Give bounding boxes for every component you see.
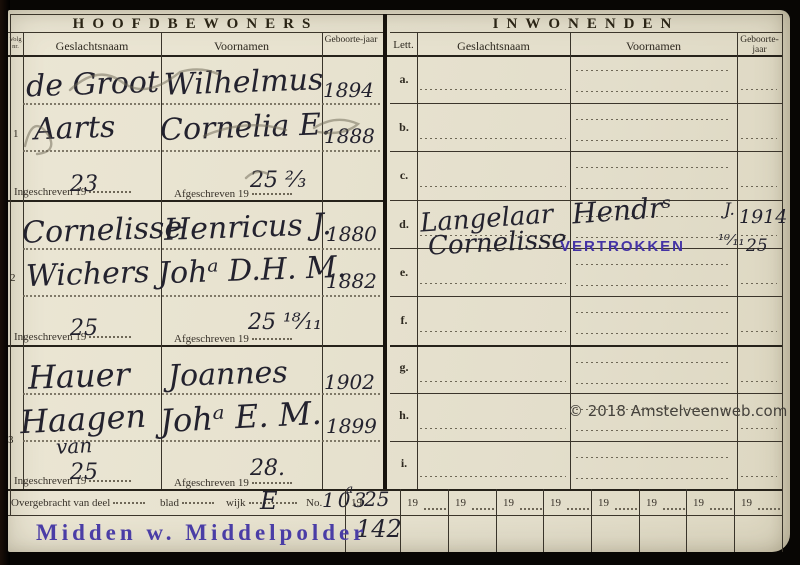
firstnames-entry: Johᵃ D.H. M. bbox=[157, 250, 346, 292]
ingeschreven-year: 23 bbox=[70, 172, 98, 197]
year-cell: 19 bbox=[734, 489, 783, 552]
vertrokken-date-year: 25 bbox=[746, 236, 768, 256]
birthyear-entry: 1880 bbox=[326, 222, 377, 246]
dotted-blank bbox=[252, 337, 292, 340]
surname-entry: Wichers bbox=[25, 255, 150, 294]
firstnames-entry: Wilhelmus bbox=[163, 62, 323, 103]
birthyear-entry: 1894 bbox=[323, 78, 374, 102]
inwonenden-row-f bbox=[390, 296, 782, 345]
dotted-blank bbox=[424, 507, 446, 510]
firstnames-entry: Cornelia E. bbox=[159, 107, 331, 148]
vertrokken-stamp: VERTROKKEN bbox=[560, 238, 685, 255]
right-section-title: INWONENDEN bbox=[390, 16, 782, 33]
firstnames-entry: Henricus J. bbox=[163, 207, 332, 248]
afgeschreven-year: 25 ²⁄₃ bbox=[250, 168, 306, 193]
row-letter-a: a. bbox=[392, 72, 416, 87]
row-letter-c: c. bbox=[392, 168, 416, 183]
year-cell: 19 bbox=[639, 489, 687, 552]
surname-entry: Aarts bbox=[33, 110, 116, 148]
inwonende-year-prefix: J. bbox=[724, 200, 735, 220]
afgeschreven-label-text: Afgeschreven 19 bbox=[174, 188, 249, 200]
inwonenden-row-g bbox=[390, 345, 782, 395]
dotted-blank bbox=[252, 481, 292, 484]
row-letter-d: d. bbox=[392, 217, 416, 232]
register-card-photo: HOOFDBEWONERS INWONENDEN Volg nr. Geslac… bbox=[0, 0, 800, 565]
surname-entry: de Groot bbox=[25, 65, 159, 105]
afgeschreven-year: 25 ¹⁸⁄₁₁ bbox=[248, 310, 322, 335]
block-number-2: 2 bbox=[10, 272, 16, 284]
row-letter-f: f. bbox=[392, 313, 416, 328]
year-cell-label: 19 bbox=[693, 497, 704, 509]
dotted-blank bbox=[710, 507, 732, 510]
dotted-blank bbox=[472, 507, 494, 510]
write-line bbox=[23, 295, 380, 297]
year-cell-label: 19 bbox=[550, 497, 561, 509]
birthyear-entry: 1882 bbox=[326, 269, 377, 293]
ingeschreven-year: 25 bbox=[70, 316, 98, 341]
rule bbox=[782, 14, 783, 552]
row-letter-b: b. bbox=[392, 120, 416, 135]
overgebracht-label: Overgebracht van deel bbox=[11, 497, 145, 509]
dotted-blank bbox=[182, 501, 214, 504]
center-divider bbox=[383, 14, 387, 489]
rule bbox=[8, 345, 383, 347]
inwonende-firstnames: Hendrˢ bbox=[571, 191, 673, 231]
birthyear-entry: 1902 bbox=[324, 370, 375, 394]
year-cell-label: 19 bbox=[455, 497, 466, 509]
wijk-value: E bbox=[260, 487, 278, 515]
afgeschreven-year: 28. bbox=[250, 456, 285, 481]
row-letter-e: e. bbox=[392, 265, 416, 280]
year-cell: 19 bbox=[543, 489, 592, 552]
year-cell-label: 19 bbox=[598, 497, 609, 509]
column-header-firstnames: Voornamen bbox=[161, 39, 322, 54]
column-header-birthyear: Geboorte-jaar bbox=[322, 35, 380, 45]
year-cell: 19 bbox=[400, 489, 449, 552]
wijk-label-text: wijk bbox=[226, 497, 246, 509]
year-cell: 19 bbox=[448, 489, 497, 552]
year-cell-label: 19 bbox=[407, 497, 418, 509]
column-header-surname: Geslachtsnaam bbox=[23, 39, 161, 54]
row-letter-i: i. bbox=[392, 456, 416, 471]
vertrokken-date-fraction: ¹⁰⁄₁₁ bbox=[718, 231, 745, 249]
year-cell-label: 19 bbox=[351, 497, 362, 509]
inwonenden-row-b bbox=[390, 103, 782, 152]
current-year-value: 25 bbox=[364, 487, 389, 511]
row-letter-h: h. bbox=[392, 408, 416, 423]
inwonenden-row-i bbox=[390, 441, 782, 490]
year-cell-label: 19 bbox=[646, 497, 657, 509]
overgebracht-label-text: Overgebracht van deel bbox=[11, 497, 110, 509]
surname-entry: Hauer bbox=[27, 355, 130, 397]
year-cell-label: 19 bbox=[741, 497, 752, 509]
dotted-blank bbox=[615, 507, 637, 510]
write-line bbox=[23, 103, 380, 105]
column-header-lett: Lett. bbox=[390, 39, 417, 51]
column-header-firstnames-right: Voornamen bbox=[570, 39, 737, 54]
block-number-3: 3 bbox=[8, 434, 14, 446]
dotted-blank bbox=[113, 501, 145, 504]
column-header-birthyear-right: Geboorte-jaar bbox=[737, 35, 782, 55]
surname-entry: Cornelisse bbox=[21, 210, 182, 251]
left-section-title: HOOFDBEWONERS bbox=[8, 16, 383, 33]
block-number-1: 1 bbox=[13, 128, 19, 140]
afgeschreven-label-text: Afgeschreven 19 bbox=[174, 333, 249, 345]
register-card: HOOFDBEWONERS INWONENDEN Volg nr. Geslac… bbox=[8, 10, 790, 552]
column-header-volgnr: Volg nr. bbox=[8, 36, 23, 50]
rule bbox=[10, 14, 782, 15]
blad-label-text: blad bbox=[160, 497, 179, 509]
year-cell: 19 bbox=[496, 489, 544, 552]
rule bbox=[8, 200, 383, 202]
firstnames-entry: Johᵃ E. M. bbox=[159, 394, 322, 440]
ingeschreven-year: 25 bbox=[70, 460, 98, 485]
firstnames-entry: Joannes bbox=[167, 355, 288, 394]
dotted-blank bbox=[520, 507, 542, 510]
write-line bbox=[23, 150, 380, 152]
inwonende-birthyear: 1914 bbox=[739, 206, 787, 228]
dotted-blank bbox=[758, 507, 780, 510]
year-cell: 19 bbox=[591, 489, 640, 552]
column-header-surname-right: Geslachtsnaam bbox=[417, 39, 570, 54]
inwonenden-row-a bbox=[390, 55, 782, 103]
year-cell-label: 19 bbox=[503, 497, 514, 509]
copyright-watermark: © 2018 Amstelveenweb.com bbox=[568, 402, 787, 420]
birthyear-entry: 1888 bbox=[324, 124, 375, 148]
birthyear-entry: 1899 bbox=[326, 414, 377, 438]
no-label: No. bbox=[306, 497, 322, 509]
year-cell: 19 bbox=[686, 489, 735, 552]
address-stamp: Midden w. Middelpolder bbox=[36, 520, 367, 546]
dotted-blank bbox=[567, 507, 589, 510]
blad-label: blad bbox=[160, 497, 214, 509]
row-letter-g: g. bbox=[392, 360, 416, 375]
surname-prefix: van bbox=[55, 433, 92, 459]
inwonenden-row-c bbox=[390, 151, 782, 200]
afgeschreven-label-text: Afgeschreven 19 bbox=[174, 477, 249, 489]
dotted-blank bbox=[663, 507, 685, 510]
